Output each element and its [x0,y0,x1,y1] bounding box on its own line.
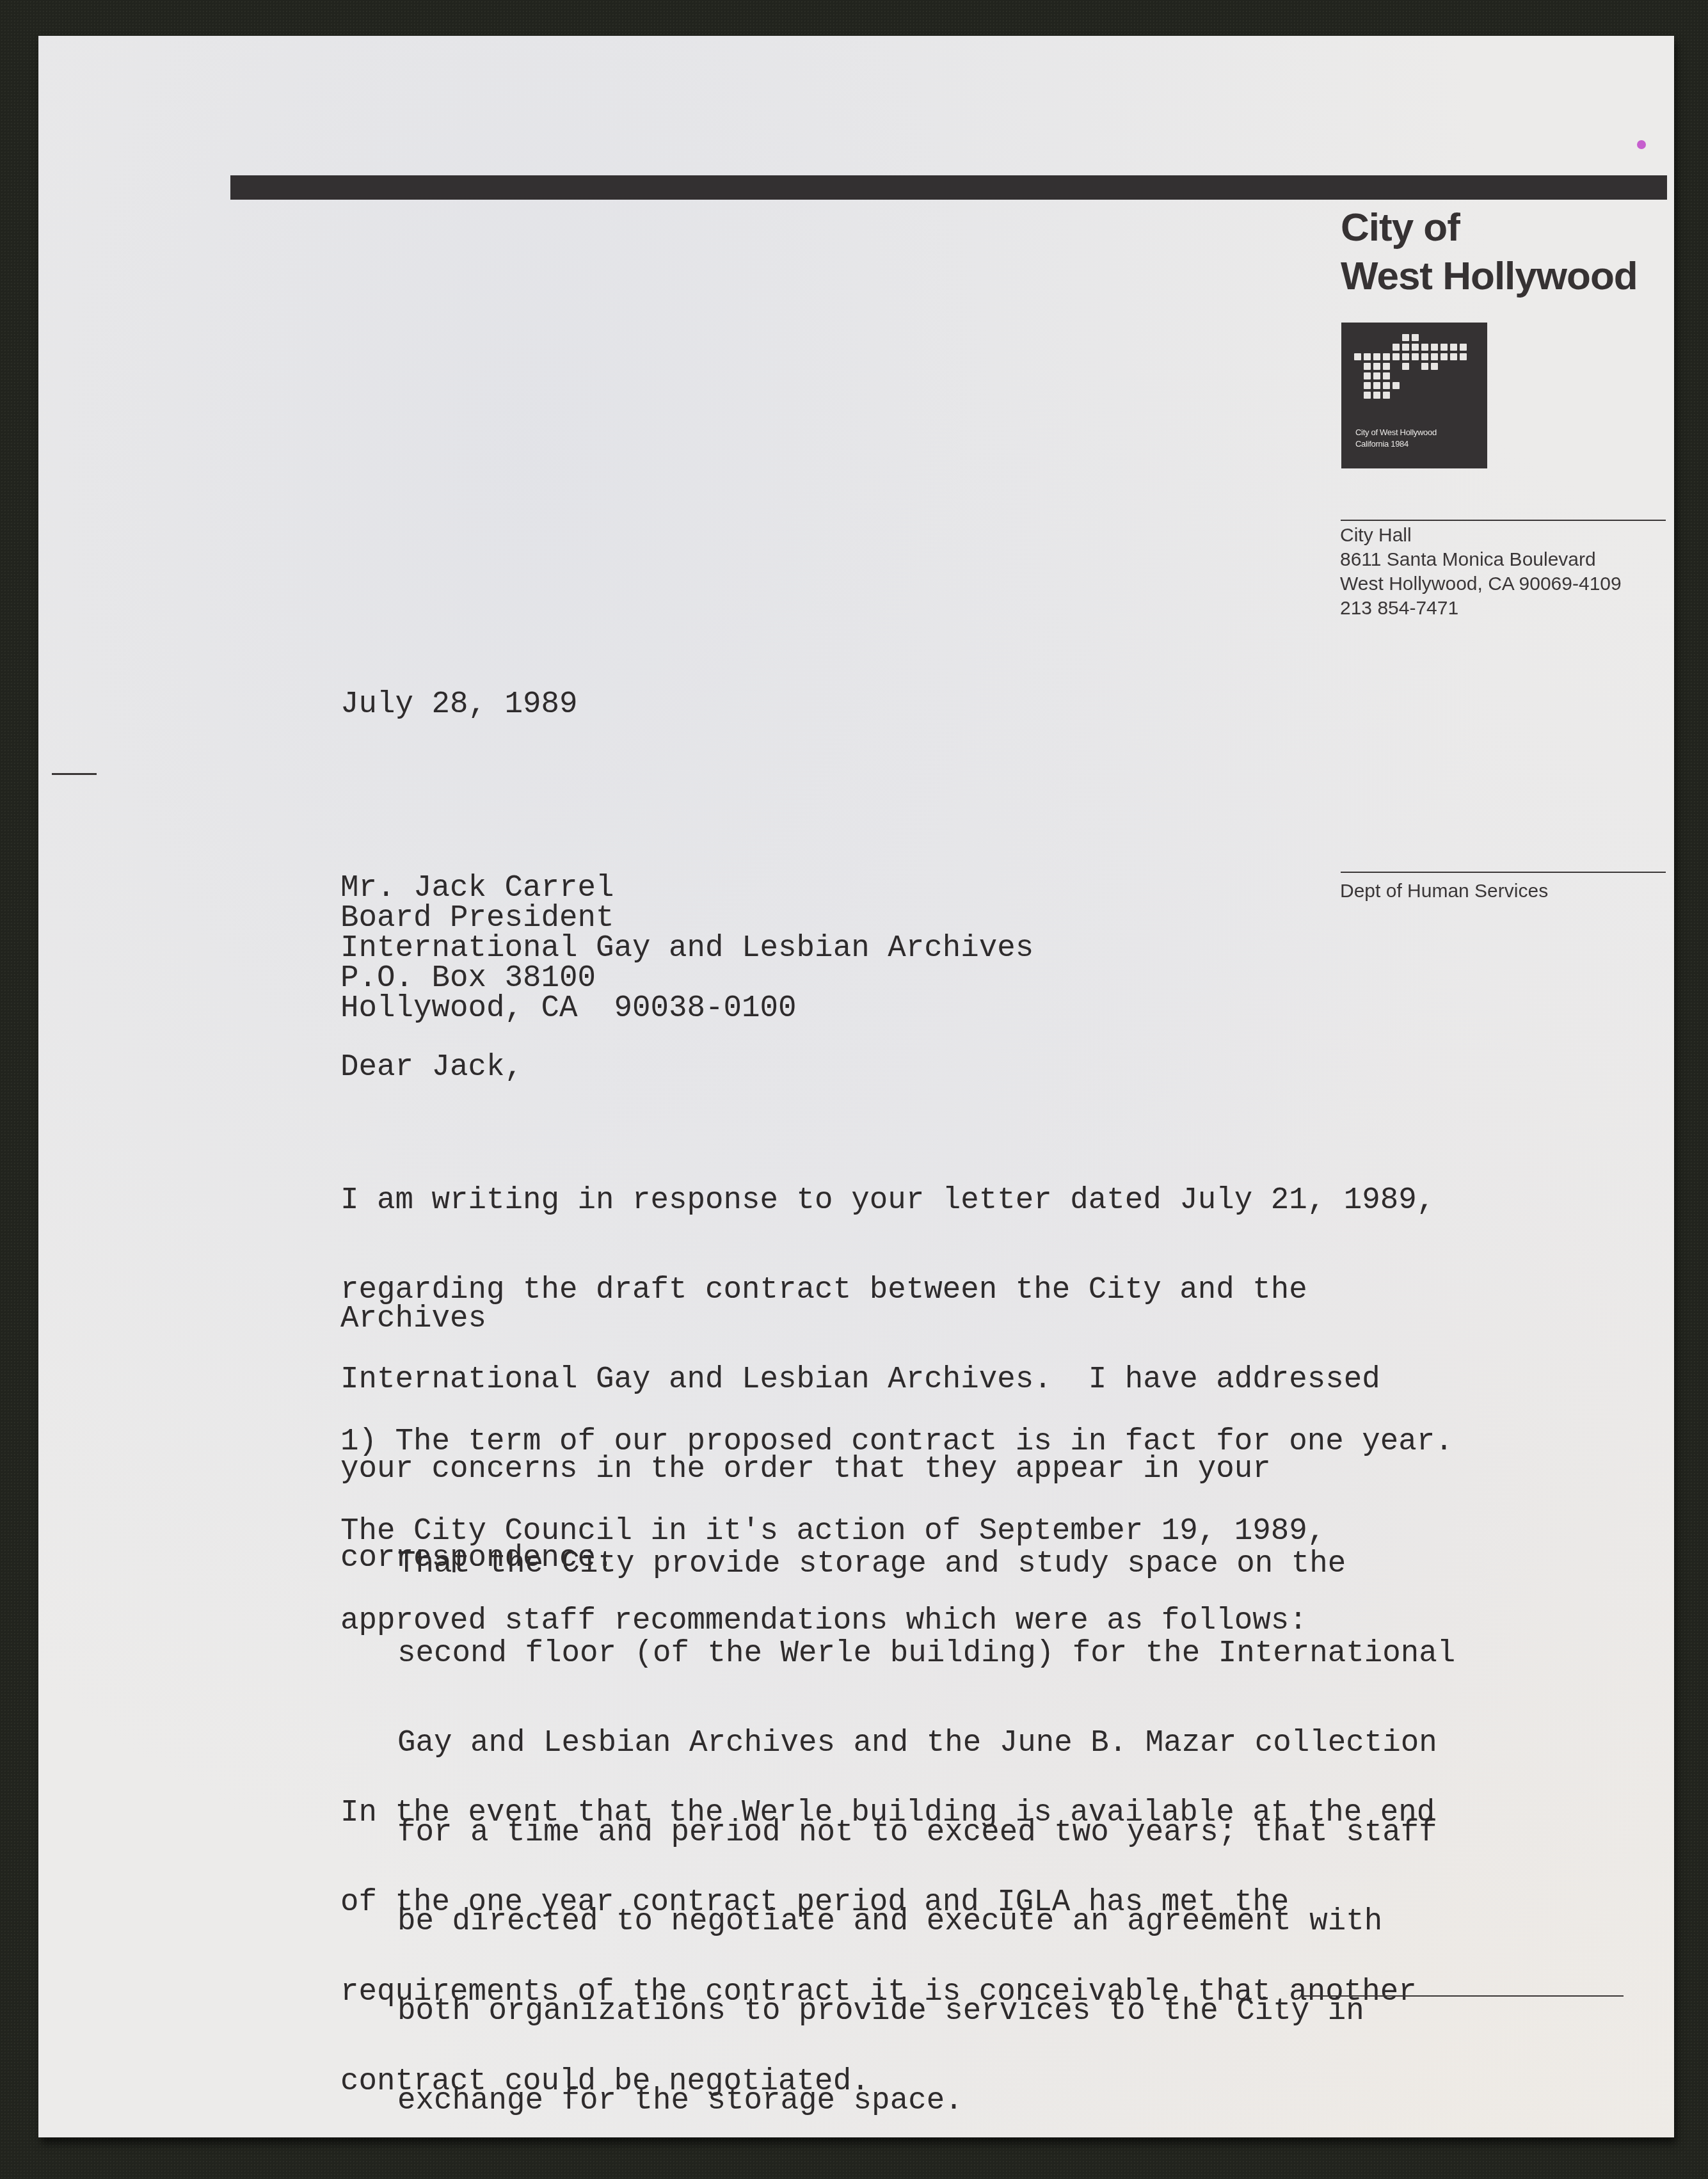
department-name: Dept of Human Services [1340,879,1548,904]
text-line: regarding the draft contract between the… [340,1275,1435,1305]
letterhead-top-bar [230,175,1667,200]
text-line: 1) The term of our proposed contract is … [340,1427,1453,1457]
recipient-name: Mr. Jack Carrel [340,874,614,904]
salutation: Dear Jack, [340,1053,523,1083]
text-line: contract could be negotiated. [340,2067,1435,2097]
department-divider [1341,872,1666,873]
letter-page: City of West Hollywood City of West Holl… [38,36,1674,2137]
recipient-title: Board President [340,904,614,934]
address-line: West Hollywood, CA 90069-4109 [1340,572,1622,596]
logo-caption-line1: City of West Hollywood [1355,427,1437,438]
recipient-po-box: P.O. Box 38100 [340,964,596,994]
address-line: City Hall [1340,523,1412,548]
org-name-line2: West Hollywood [1341,252,1638,301]
text-line: That the City provide storage and study … [397,1549,1455,1579]
city-seal-logo: City of West Hollywood California 1984 [1341,323,1487,468]
footer-divider [1300,1995,1624,1997]
logo-caption: City of West Hollywood California 1984 [1355,427,1437,450]
section-heading: Archives [340,1304,486,1334]
phone-number: 213 854-7471 [1340,596,1458,621]
logo-caption-line2: California 1984 [1355,438,1437,450]
text-line: In the event that the Werle building is … [340,1798,1435,1828]
recipient-org: International Gay and Lesbian Archives [340,934,1034,964]
text-line: of the one year contract period and IGLA… [340,1888,1435,1918]
fold-mark [52,773,97,775]
org-name-line1: City of [1341,204,1460,252]
closing-paragraph: In the event that the Werle building is … [340,1739,1435,2156]
ink-dot-mark [1637,140,1646,149]
text-line: second floor (of the Werle building) for… [397,1639,1455,1669]
text-line: I am writing in response to your letter … [340,1186,1435,1216]
recipient-city: Hollywood, CA 90038-0100 [340,994,797,1024]
address-divider [1341,520,1666,521]
letter-date: July 28, 1989 [340,690,578,720]
address-line: 8611 Santa Monica Boulevard [1340,548,1596,572]
text-line: requirements of the contract it is conce… [340,1977,1435,2007]
